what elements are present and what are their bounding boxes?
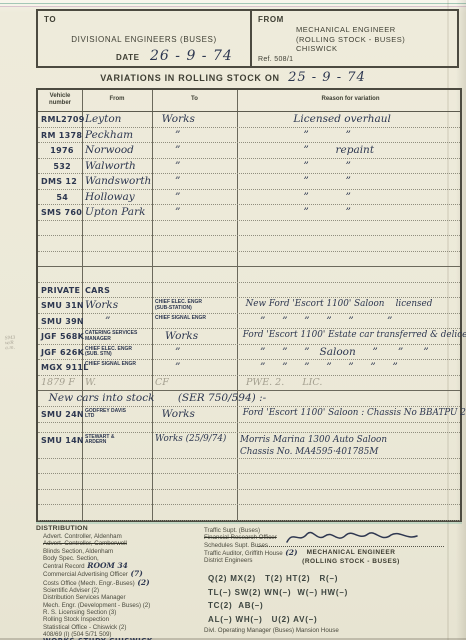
cell: Works bbox=[155, 330, 239, 342]
to-label: TO bbox=[44, 15, 56, 24]
cell: ” bbox=[155, 144, 239, 156]
distribution-item: Commercial Advertising Officer (7) bbox=[43, 570, 211, 578]
cell: Works (25/9/74) bbox=[155, 434, 239, 444]
table-row bbox=[38, 423, 460, 433]
table-rows: RML2709Leyton Works Licensed overhaulRM … bbox=[38, 112, 460, 521]
col-reason: Reason for variation bbox=[237, 96, 464, 103]
cell: Wandsworth bbox=[85, 175, 154, 187]
cell: JGF 568K bbox=[41, 332, 84, 341]
table-row: SMU 14NSTEWART & ARDERNWorks (25/9/74)Mo… bbox=[38, 433, 460, 459]
distribution-item: R. S. Licensing Section (3) bbox=[43, 609, 211, 616]
cell: ” ” bbox=[240, 206, 462, 218]
document-title: VARIATIONS IN ROLLING STOCK ON 25 - 9 - … bbox=[0, 70, 466, 85]
distribution-item: Costs Office (Mech. Engr.-Buses) (2) bbox=[43, 579, 211, 587]
title-printed-text: VARIATIONS IN ROLLING STOCK ON bbox=[100, 73, 280, 83]
date-label: DATE bbox=[116, 53, 140, 62]
distribution-item: Advert. Controller, Camberwell bbox=[43, 540, 211, 547]
cell: ” ” ” Saloon ” ” ” bbox=[240, 346, 462, 358]
cell: SMU 14N bbox=[41, 436, 84, 445]
cell: Ford 'Escort 1100' Estate car transferre… bbox=[240, 330, 462, 340]
distribution-item: Scientific Adviser (2) bbox=[43, 587, 211, 594]
cell: Works bbox=[155, 113, 239, 125]
title-handwritten-date: 25 - 9 - 74 bbox=[283, 70, 366, 85]
cell: ” bbox=[155, 361, 239, 373]
spanning-cell: New cars into stock (SER 750/594) :- bbox=[42, 392, 460, 404]
cell: PWE. 2. LIC. bbox=[240, 377, 462, 388]
scan-artifact-strip bbox=[0, 0, 466, 7]
cell: CHIEF SIGNAL ENGR bbox=[85, 362, 154, 368]
distribution-item: Rolling Stock Inspection bbox=[43, 616, 211, 623]
cell: SMS 760 bbox=[41, 208, 84, 217]
cell: DMS 12 bbox=[41, 177, 84, 186]
table-row: DMS 12Wandsworth ” ” ” bbox=[38, 174, 460, 190]
cell: Holloway bbox=[85, 191, 154, 203]
cell: CATERING SERVICES MANAGER bbox=[85, 331, 154, 342]
cell: Works bbox=[85, 299, 154, 311]
cell: Morris Marina 1300 Auto Saloon Chassis N… bbox=[240, 434, 462, 458]
from-label: FROM bbox=[258, 15, 284, 24]
from-address: MECHANICAL ENGINEER (ROLLING STOCK - BUS… bbox=[296, 25, 405, 54]
cell: ” bbox=[85, 315, 154, 327]
table-row: 1879 FW.CF PWE. 2. LIC. bbox=[38, 376, 460, 392]
table-row bbox=[38, 474, 460, 490]
district-code-counts: Q(2) MX(2) T(2) HT(2) R(–) TL(–) SW(2) W… bbox=[208, 572, 348, 626]
cell: W. bbox=[85, 377, 154, 388]
cell: SMU 39N bbox=[41, 317, 84, 326]
cell: Ford 'Escort 1100' Saloon : Chassis No B… bbox=[240, 408, 462, 418]
cell: ” ” ” ” ” ” ” bbox=[240, 361, 462, 373]
table-row: RM 1378Peckham ” ” ” bbox=[38, 128, 460, 144]
cell: New Ford 'Escort 1100' Saloon licensed bbox=[240, 299, 462, 309]
table-row: 1976Norwood ” ” repaint bbox=[38, 143, 460, 159]
table-row: New cars into stock (SER 750/594) :- bbox=[38, 391, 460, 407]
distribution-item: Advert. Controller, Aldenham bbox=[43, 533, 211, 540]
table-row bbox=[38, 221, 460, 237]
table-row: JGF 626KCHIEF ELEC. ENGR (SUB. STN) ” ” … bbox=[38, 345, 460, 361]
table-row bbox=[38, 490, 460, 506]
header-box-divider bbox=[250, 11, 252, 66]
cell: STEWART & ARDERN bbox=[85, 435, 154, 446]
reference-number: Ref. 508/1 bbox=[258, 56, 293, 63]
cell: GODFREY DAVIS LTD bbox=[85, 409, 154, 420]
cell: RM 1378 bbox=[41, 131, 84, 140]
cell: ” bbox=[155, 129, 239, 141]
cell: CARS bbox=[85, 286, 154, 295]
cell: Walworth bbox=[85, 160, 154, 172]
cell: ” ” bbox=[240, 191, 462, 203]
col-to: To bbox=[152, 96, 237, 103]
handwritten-annotation: ROOM 34 bbox=[85, 561, 128, 570]
table-row bbox=[38, 459, 460, 475]
cell: Upton Park bbox=[85, 206, 154, 218]
table-row bbox=[38, 505, 460, 521]
signature-scribble bbox=[283, 526, 423, 548]
cell: Licensed overhaul bbox=[240, 113, 462, 125]
table-row: MGX 911LCHIEF SIGNAL ENGR ” ” ” ” ” ” ” … bbox=[38, 360, 460, 376]
cell: 1976 bbox=[41, 146, 84, 155]
table-row: JGF 568KCATERING SERVICES MANAGER Works … bbox=[38, 329, 460, 345]
table-row: SMS 760Upton Park ” ” ” bbox=[38, 205, 460, 221]
table-row: SMU 31NWorksCHIEF ELEC. ENGR (SUB-STATIO… bbox=[38, 298, 460, 314]
margin-pencil-note: SM3 w/R a.m. bbox=[5, 336, 16, 352]
cell: ” bbox=[155, 191, 239, 203]
cell: Norwood bbox=[85, 144, 154, 156]
cell: Works bbox=[155, 408, 239, 420]
cell: Leyton bbox=[85, 113, 154, 125]
cell: SMU 24N bbox=[41, 410, 84, 419]
table-row bbox=[38, 252, 460, 268]
to-value: DIVISIONAL ENGINEERS (BUSES) bbox=[38, 35, 250, 44]
col-from: From bbox=[82, 96, 152, 103]
table-row: 54Holloway ” ” ” bbox=[38, 190, 460, 206]
signatory-title-line1: MECHANICAL ENGINEER bbox=[258, 549, 444, 556]
table-row: SMU 24NGODFREY DAVIS LTD Works Ford 'Esc… bbox=[38, 407, 460, 423]
signatory-title-line2: (ROLLING STOCK - BUSES) bbox=[258, 558, 444, 565]
table-row: PRIVATECARS bbox=[38, 283, 460, 299]
cell: MGX 911L bbox=[41, 363, 84, 372]
distribution-title: DISTRIBUTION bbox=[36, 525, 88, 532]
cell: ” bbox=[155, 206, 239, 218]
cell: ” ” bbox=[240, 129, 462, 141]
cell: CHIEF ELEC. ENGR (SUB-STATION) bbox=[155, 300, 239, 311]
cell: ” bbox=[155, 175, 239, 187]
distribution-footer: Divl. Operating Manager (Buses) Mansion … bbox=[204, 627, 339, 634]
table-row bbox=[38, 267, 460, 283]
address-header-box: TO DIVISIONAL ENGINEERS (BUSES) DATE 26 … bbox=[36, 9, 459, 68]
distribution-left-list: Advert. Controller, AldenhamAdvert. Cont… bbox=[43, 533, 211, 640]
table-row: 532Walworth ” ” ” bbox=[38, 159, 460, 175]
col-vehicle-number: Vehicle number bbox=[38, 93, 82, 107]
cell: ” bbox=[155, 346, 239, 358]
cell: CF bbox=[155, 377, 239, 388]
table-row: SMU 39N ”CHIEF SIGNAL ENGR ” ” ” ” ” ” bbox=[38, 314, 460, 330]
cell: CHIEF ELEC. ENGR (SUB. STN) bbox=[85, 347, 154, 358]
cell: SMU 31N bbox=[41, 301, 84, 310]
cell: 1879 F bbox=[41, 377, 84, 388]
cell: ” bbox=[155, 160, 239, 172]
signature-dotted-line bbox=[258, 546, 444, 547]
scanned-memo-page: TO DIVISIONAL ENGINEERS (BUSES) DATE 26 … bbox=[0, 0, 466, 640]
handwritten-annotation: (2) bbox=[135, 578, 150, 587]
cell: CHIEF SIGNAL ENGR bbox=[155, 316, 239, 322]
date-handwritten-value: 26 - 9 - 74 bbox=[150, 48, 233, 64]
cell: ” ” bbox=[240, 160, 462, 172]
cell: PRIVATE bbox=[41, 286, 84, 295]
cell: ” repaint bbox=[240, 144, 462, 156]
cell: ” ” bbox=[240, 175, 462, 187]
cell: JGF 626K bbox=[41, 348, 84, 357]
distribution-item: Statistical Office - Chiswick (2) bbox=[43, 624, 211, 631]
cell: RML2709 bbox=[41, 115, 84, 124]
variations-table: Vehicle number From To Reason for variat… bbox=[36, 88, 462, 522]
table-header: Vehicle number From To Reason for variat… bbox=[38, 90, 460, 112]
cell: 54 bbox=[41, 193, 84, 202]
table-row: RML2709Leyton Works Licensed overhaul bbox=[38, 112, 460, 128]
cell: ” ” ” ” ” ” bbox=[240, 315, 462, 327]
cell: Peckham bbox=[85, 129, 154, 141]
cell: 532 bbox=[41, 162, 84, 171]
distribution-item: Mech. Engr. (Development - Buses) (2) bbox=[43, 602, 211, 609]
distribution-item: Distribution Services Manager bbox=[43, 594, 211, 601]
table-row bbox=[38, 236, 460, 252]
distribution-item: Blinds Section, Aldenham bbox=[43, 548, 211, 555]
